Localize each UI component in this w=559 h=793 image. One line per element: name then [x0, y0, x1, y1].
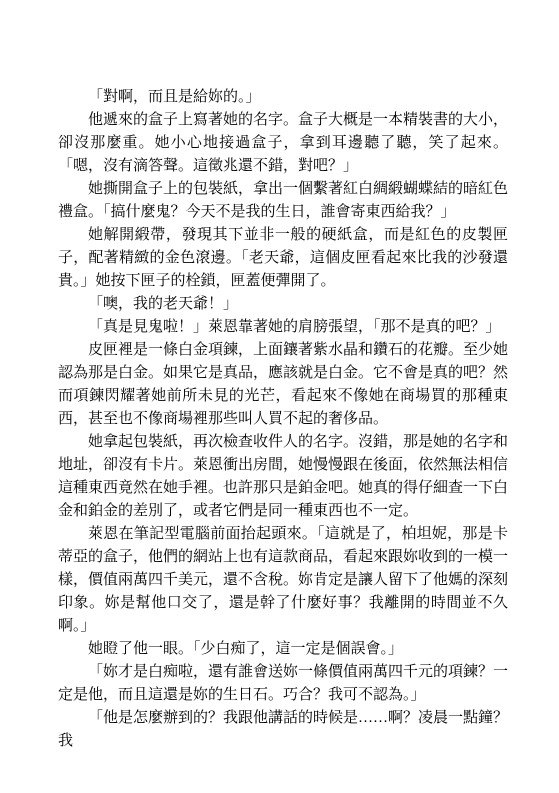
- paragraph: 皮匣裡是一條白金項鍊，上面鑲著紫水晶和鑽石的花瓣。至少她認為那是白金。如果它是真…: [58, 339, 508, 431]
- book-page: 「對啊，而且是給妳的。」 他遞來的盒子上寫著她的名字。盒子大概是一本精裝書的大小…: [0, 0, 559, 793]
- paragraph: 她拿起包裝紙，再次檢查收件人的名字。沒錯，那是她的名字和地址，卻沒有卡片。萊恩衝…: [58, 431, 508, 523]
- paragraph: 「噢，我的老天爺！」: [58, 293, 508, 316]
- paragraph: 「他是怎麼辦到的？我跟他講話的時候是……啊？凌晨一點鐘？我: [58, 707, 508, 753]
- paragraph: 她瞪了他一眼。「少白痴了，這一定是個誤會。」: [58, 638, 508, 661]
- paragraph: 她解開緞帶，發現其下並非一般的硬紙盒，而是紅色的皮製匣子，配著精緻的金色滾邊。「…: [58, 224, 508, 293]
- paragraph: 「真是見鬼啦！」萊恩靠著她的肩膀張望，「那不是真的吧？」: [58, 316, 508, 339]
- paragraph: 萊恩在筆記型電腦前面抬起頭來。「這就是了，柏坦妮，那是卡蒂亞的盒子，他們的網站上…: [58, 523, 508, 638]
- paragraph: 「妳才是白痴啦，還有誰會送妳一條價值兩萬四千元的項鍊？一定是他，而且這還是妳的生…: [58, 661, 508, 707]
- paragraph: 她撕開盒子上的包裝紙，拿出一個繫著紅白綢緞蝴蝶結的暗紅色禮盒。「搞什麼鬼？今天不…: [58, 178, 508, 224]
- paragraph: 他遞來的盒子上寫著她的名字。盒子大概是一本精裝書的大小，卻沒那麼重。她小心地接過…: [58, 109, 508, 178]
- paragraph: 「對啊，而且是給妳的。」: [58, 86, 508, 109]
